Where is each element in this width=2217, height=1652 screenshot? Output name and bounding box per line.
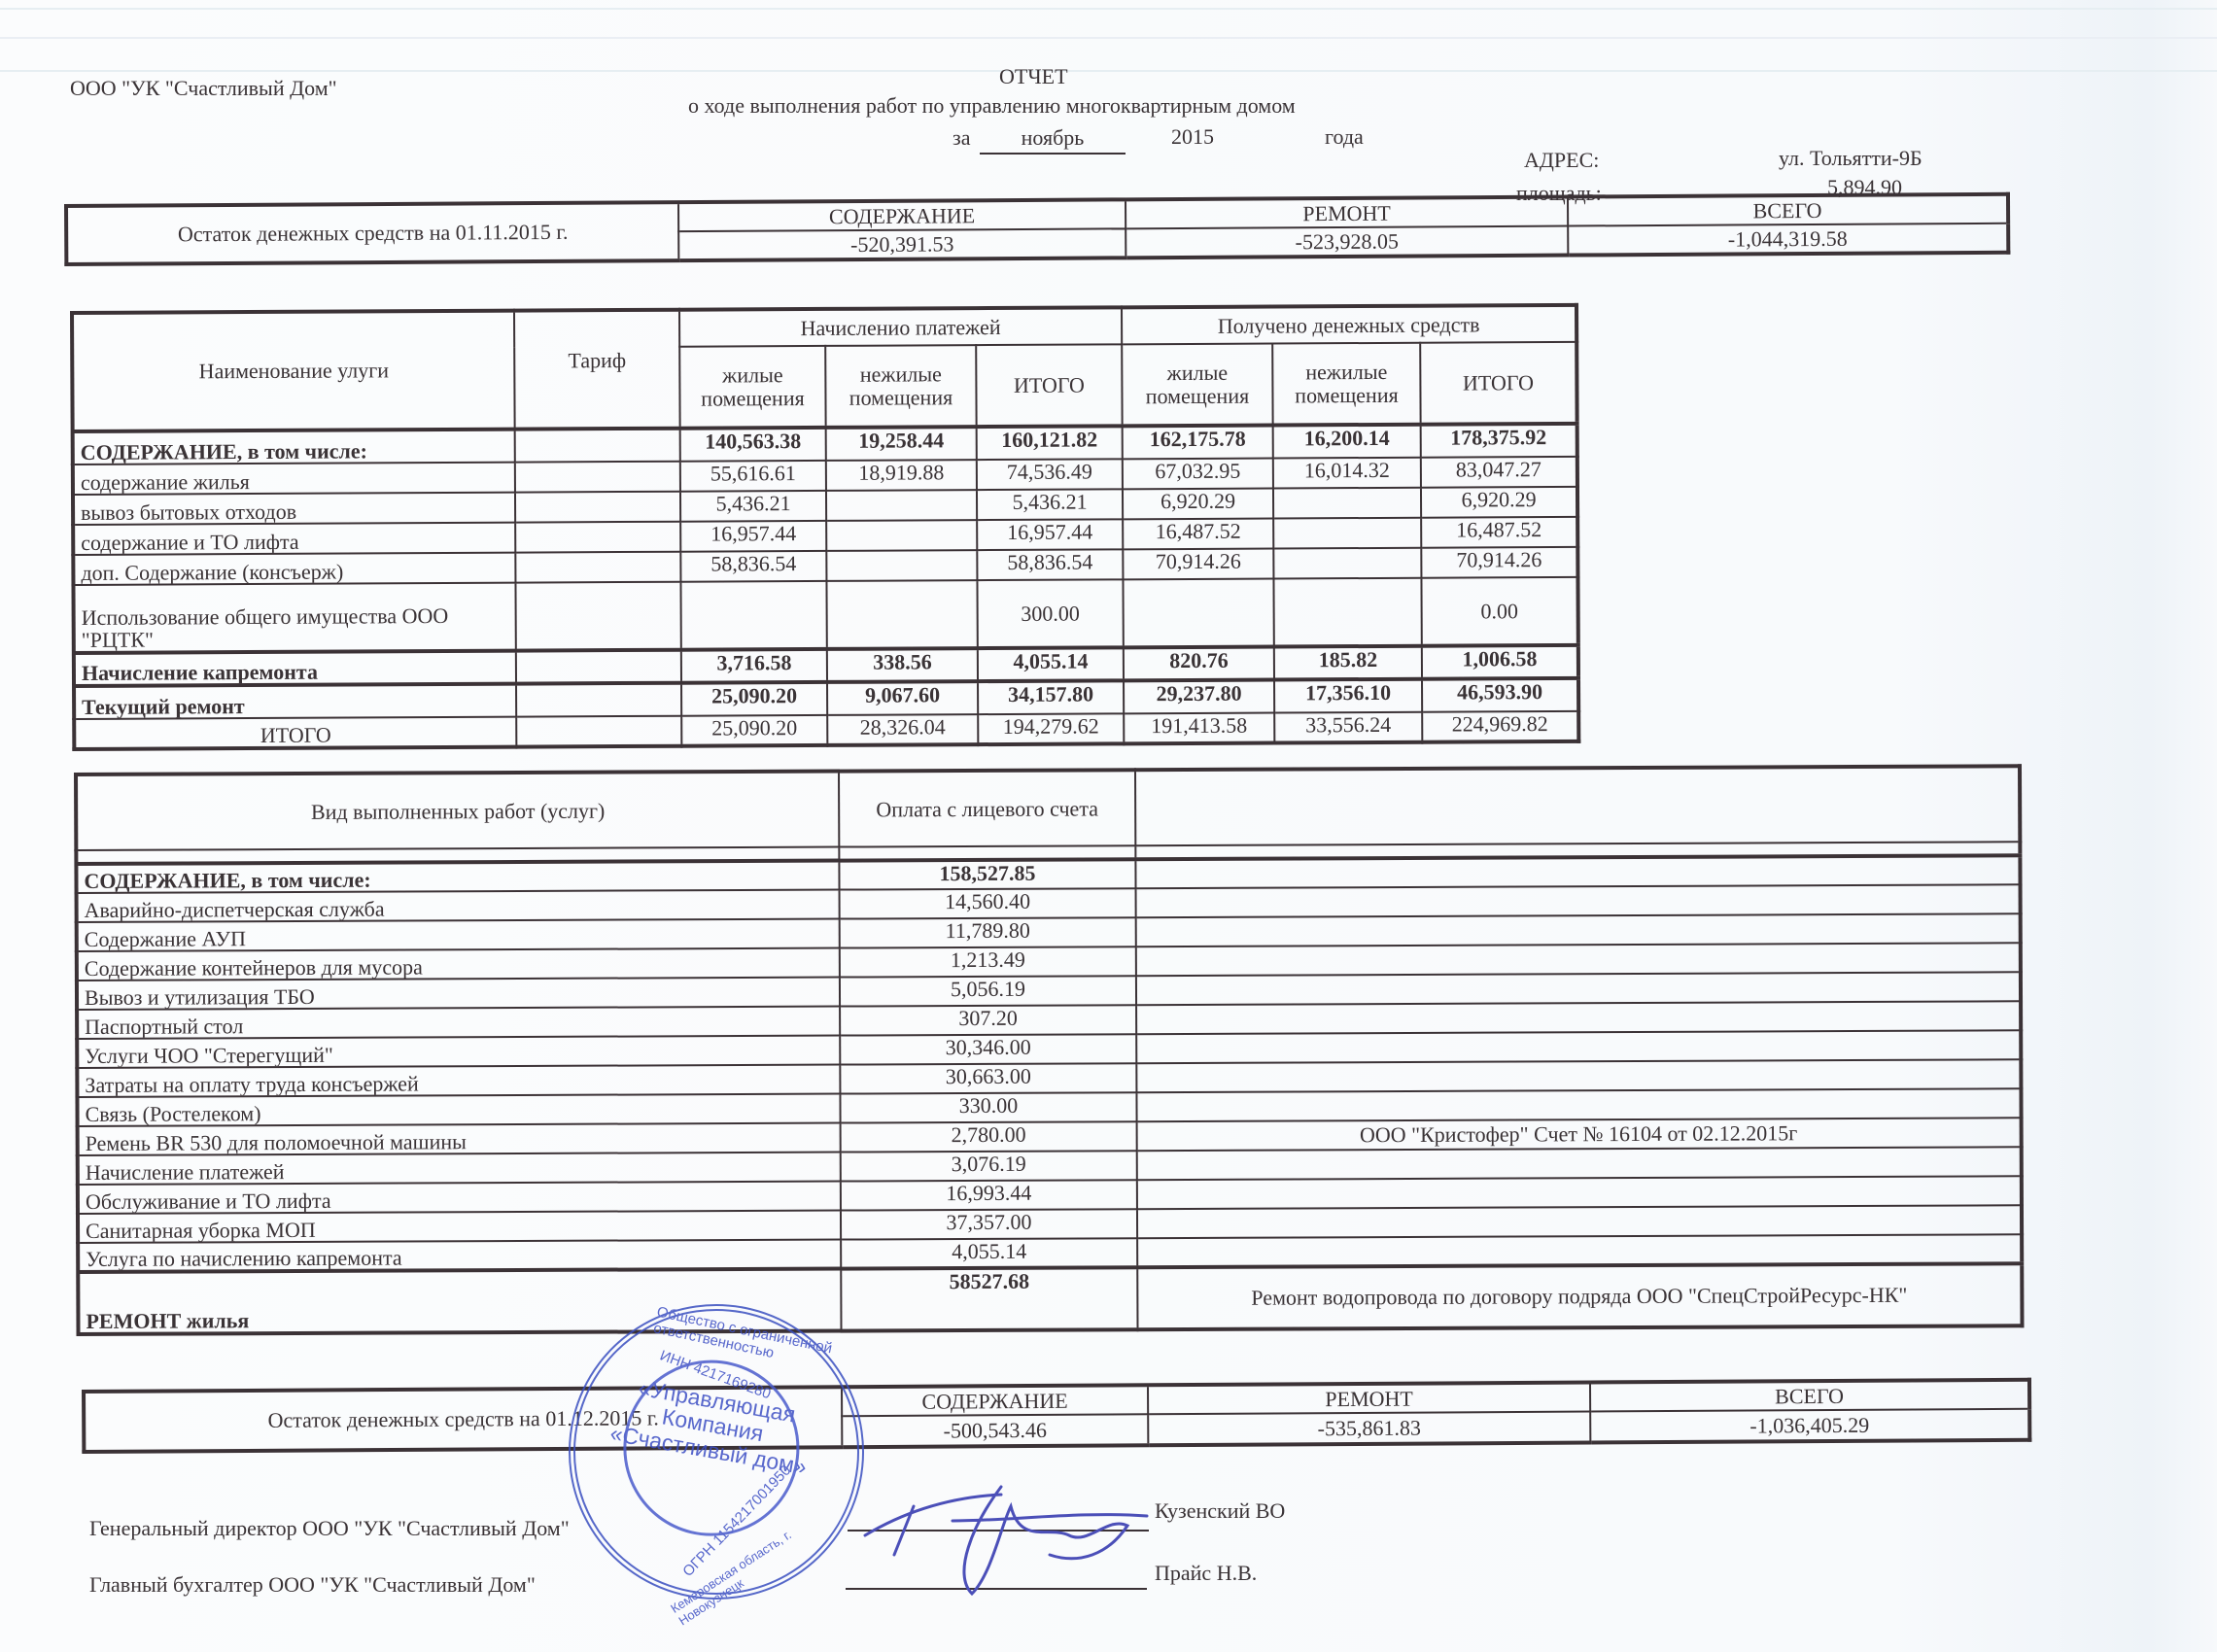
works-table: Вид выполненных работ (услуг) Оплата с л… [74, 764, 2025, 1336]
work-note [1136, 884, 2021, 917]
service-name: ИТОГО [74, 717, 516, 749]
closing-total-value: -1,036,405.29 [1590, 1409, 2029, 1443]
cell-tariff [516, 683, 681, 717]
work-amount: 16,993.44 [841, 1180, 1137, 1210]
cell-charged-total: 5,436.21 [977, 489, 1123, 520]
cell-received-nonresidential: 185.82 [1274, 646, 1422, 680]
service-name: Использование общего имущества ООО "РЦТК… [73, 583, 515, 653]
cell-received-nonresidential [1273, 518, 1421, 549]
work-amount: 4,055.14 [841, 1238, 1137, 1268]
cell-charged-total: 160,121.82 [977, 426, 1123, 460]
period-year: 2015 [1171, 124, 1214, 150]
cell-charged-nonresidential [826, 490, 977, 521]
charges-table: Наименование улуги Тариф Начислениo плат… [70, 303, 1580, 751]
work-amount: 307.20 [840, 1005, 1136, 1035]
service-name: содержание жилья [73, 463, 515, 495]
cell-charged-residential: 140,563.38 [680, 428, 826, 462]
cell-charged-total: 4,055.14 [978, 647, 1124, 681]
cell-received-total: 178,375.92 [1421, 424, 1577, 458]
cell-charged-nonresidential: 338.56 [827, 648, 978, 682]
cell-received-residential: 6,920.29 [1123, 489, 1273, 520]
cell-received-nonresidential: 16,200.14 [1273, 425, 1421, 459]
cell-charged-residential: 5,436.21 [680, 491, 826, 522]
accountant-name: Прайс Н.В. [1155, 1561, 1257, 1586]
work-amount: 2,780.00 [841, 1121, 1137, 1152]
cell-charged-residential: 25,090.20 [681, 682, 827, 716]
cell-charged-residential [680, 581, 826, 650]
work-note: ООО "Кристофер" Счет № 16104 от 02.12.20… [1137, 1118, 2022, 1151]
work-name: Связь (Ростелеком) [77, 1094, 840, 1126]
document-page: ООО "УК "Счастливый Дом" ОТЧЕТ о ходе вы… [0, 0, 2217, 1652]
cell-received-residential: 70,914.26 [1123, 549, 1273, 580]
header-charged-nonresidential: нежилые помещения [825, 345, 976, 428]
closing-col-total: ВСЕГО [1590, 1380, 2029, 1412]
cell-charged-residential: 55,616.61 [680, 461, 826, 492]
work-name: СОДЕРЖАНИЕ, в том числе: [76, 861, 839, 893]
report-title: ОТЧЕТ [999, 64, 1068, 89]
header-work-type: Вид выполненных работ (услуг) [76, 772, 839, 850]
cell-received-nonresidential: 16,014.32 [1273, 458, 1421, 489]
cell-received-total: 46,593.90 [1422, 678, 1578, 712]
work-note [1136, 1001, 2021, 1034]
cell-charged-nonresidential: 18,919.88 [826, 460, 977, 491]
closing-maintenance-value: -500,543.46 [842, 1414, 1148, 1447]
work-note [1136, 1088, 2021, 1121]
header-received-nonresidential: нежилые помещения [1272, 343, 1420, 426]
header-received-group: Получено денежных средств [1122, 305, 1576, 344]
cell-charged-total: 16,957.44 [977, 519, 1123, 550]
cell-charged-residential: 3,716.58 [681, 649, 827, 683]
service-name: вывоз бытовых отходов [73, 493, 515, 525]
header-note [1135, 766, 2020, 845]
accountant-label: Главный бухгалтер ООО "УК "Счастливый До… [89, 1572, 536, 1598]
work-note [1136, 972, 2021, 1005]
work-amount: 37,357.00 [841, 1209, 1137, 1239]
work-name: Санитарная уборка МОП [78, 1211, 841, 1243]
service-name: содержание и ТО лифта [73, 523, 515, 555]
company-name: ООО "УК "Счастливый Дом" [70, 76, 337, 101]
header-charged-total: ИТОГО [976, 344, 1122, 427]
cell-received-total: 224,969.82 [1422, 711, 1578, 742]
service-name: доп. Содержание (консъерж) [73, 553, 515, 585]
work-note [1135, 855, 2020, 888]
cell-received-residential: 191,413.58 [1124, 713, 1274, 744]
work-name: Обслуживание и ТО лифта [78, 1182, 841, 1214]
cell-received-residential: 162,175.78 [1123, 426, 1273, 460]
work-name: Паспортный стол [77, 1007, 840, 1039]
cell-charged-total: 34,157.80 [978, 680, 1124, 714]
opening-col-repair: РЕМОНТ [1126, 197, 1568, 229]
work-note [1137, 1234, 2022, 1267]
period-suffix: года [1325, 124, 1364, 150]
closing-repair-value: -535,861.83 [1148, 1412, 1590, 1446]
work-note [1136, 1030, 2021, 1063]
work-amount: 30,346.00 [840, 1034, 1136, 1064]
cell-charged-nonresidential: 28,326.04 [827, 714, 978, 745]
work-amount: 30,663.00 [840, 1063, 1136, 1093]
work-name: Затраты на оплату труда консъержей [77, 1065, 840, 1097]
cell-received-total: 70,914.26 [1421, 547, 1577, 578]
opening-maintenance-value: -520,391.53 [678, 228, 1126, 260]
cell-tariff [515, 552, 680, 583]
work-name: Услуга по начислению капремонта [78, 1240, 841, 1272]
cell-charged-residential: 16,957.44 [680, 521, 826, 552]
work-amount: 58527.68 [841, 1267, 1137, 1330]
cell-received-nonresidential [1273, 578, 1421, 647]
opening-col-total: ВСЕГО [1568, 194, 2008, 226]
service-name: СОДЕРЖАНИЕ, в том числе: [73, 430, 515, 465]
work-amount: 330.00 [840, 1092, 1136, 1122]
opening-balance-label: Остаток денежных средств на 01.11.2015 г… [66, 202, 678, 264]
cell-charged-total: 194,279.62 [978, 713, 1124, 744]
work-note [1136, 943, 2021, 976]
closing-col-repair: РЕМОНТ [1148, 1383, 1590, 1415]
closing-balance-table: Остаток денежных средств на 01.12.2015 г… [82, 1378, 2031, 1454]
cell-received-nonresidential: 33,556.24 [1274, 712, 1422, 743]
charges-row: Использование общего имущества ООО "РЦТК… [73, 577, 1577, 653]
opening-repair-value: -523,928.05 [1126, 226, 1568, 258]
work-note [1136, 913, 2021, 946]
cell-charged-nonresidential: 9,067.60 [827, 681, 978, 715]
cell-charged-residential: 25,090.20 [681, 715, 827, 746]
director-name: Кузенский ВО [1155, 1498, 1285, 1524]
report-subtitle: о ходе выполнения работ по управлению мн… [688, 93, 1296, 119]
period-prefix: за [953, 125, 970, 151]
service-name: Текущий ремонт [74, 684, 516, 719]
work-amount: 14,560.40 [840, 888, 1136, 918]
cell-charged-total: 58,836.54 [977, 549, 1123, 580]
work-amount: 1,213.49 [840, 946, 1136, 977]
header-service-name: Наименование улуги [72, 311, 515, 431]
opening-total-value: -1,044,319.58 [1568, 224, 2008, 256]
opening-col-maintenance: СОДЕРЖАНИЕ [678, 199, 1126, 231]
work-name: Содержание АУП [77, 919, 840, 951]
cell-tariff [515, 522, 680, 553]
work-note [1137, 1147, 2022, 1180]
cell-charged-nonresidential: 19,258.44 [826, 427, 977, 461]
cell-charged-residential: 58,836.54 [680, 551, 826, 582]
cell-received-residential: 820.76 [1124, 647, 1274, 681]
work-note: Ремонт водопровода по договору подряда О… [1137, 1263, 2022, 1329]
header-received-total: ИТОГО [1420, 342, 1576, 425]
work-note [1136, 1059, 2021, 1092]
cell-received-total: 83,047.27 [1421, 457, 1577, 488]
header-received-residential: жилые помещения [1122, 344, 1272, 427]
cell-tariff [515, 492, 680, 523]
cell-tariff [515, 462, 680, 493]
cell-received-residential: 67,032.95 [1123, 459, 1273, 490]
opening-balance-table: Остаток денежных средств на 01.11.2015 г… [64, 192, 2010, 266]
cell-tariff [516, 650, 681, 684]
work-note [1137, 1205, 2022, 1238]
works-row: РЕМОНТ жилья58527.68Ремонт водопровода п… [78, 1263, 2022, 1334]
cell-tariff [516, 716, 681, 747]
cell-charged-total: 74,536.49 [977, 459, 1123, 490]
work-note [1137, 1176, 2022, 1209]
cell-received-residential: 16,487.52 [1123, 519, 1273, 550]
header-charged-residential: жилые помещения [679, 346, 825, 429]
cell-received-residential: 29,237.80 [1124, 680, 1274, 714]
cell-received-residential [1123, 579, 1273, 648]
work-name: Начисление платежей [78, 1153, 841, 1185]
work-name: Аварийно-диспетчерская служба [77, 890, 840, 922]
address-label: АДРЕС: [1524, 148, 1599, 173]
header-tariff: Тариф [514, 310, 680, 430]
cell-charged-nonresidential [826, 580, 977, 649]
company-stamp: Общество с ограниченной ответственностью… [549, 1285, 883, 1618]
work-amount: 5,056.19 [840, 976, 1136, 1006]
director-label: Генеральный директор ООО "УК "Счастливый… [89, 1516, 570, 1541]
signature-scribble-icon [855, 1467, 1166, 1603]
work-name: Содержание контейнеров для мусора [77, 948, 840, 981]
work-amount: 3,076.19 [841, 1151, 1137, 1181]
work-amount: 11,789.80 [840, 917, 1136, 947]
cell-received-nonresidential [1273, 488, 1421, 519]
address-value: ул. Тольятти-9Б [1779, 146, 1923, 171]
period-month: ноябрь [980, 125, 1126, 155]
cell-received-total: 16,487.52 [1421, 517, 1577, 548]
work-name: Вывоз и утилизация ТБО [77, 978, 840, 1010]
work-amount: 158,527.85 [839, 859, 1135, 889]
cell-tariff [515, 429, 680, 463]
cell-charged-total: 300.00 [977, 579, 1123, 648]
cell-received-total: 1,006.58 [1422, 645, 1578, 679]
cell-received-nonresidential [1273, 548, 1421, 579]
cell-received-total: 0.00 [1421, 577, 1577, 646]
work-name: Ремень BR 530 для поломоечной машины [78, 1123, 841, 1155]
cell-charged-nonresidential [826, 550, 977, 581]
service-name: Начисление капремонта [74, 651, 516, 686]
work-name: Услуги ЧОО "Стерегущий" [77, 1036, 840, 1068]
header-payment: Оплата с лицевого счета [839, 770, 1135, 846]
cell-charged-nonresidential [826, 520, 977, 551]
cell-tariff [515, 582, 680, 651]
cell-received-nonresidential: 17,356.10 [1274, 679, 1422, 713]
cell-received-total: 6,920.29 [1421, 487, 1577, 518]
header-charged-group: Начислениo платежей [679, 307, 1122, 346]
closing-col-maintenance: СОДЕРЖАНИЕ [842, 1385, 1148, 1416]
